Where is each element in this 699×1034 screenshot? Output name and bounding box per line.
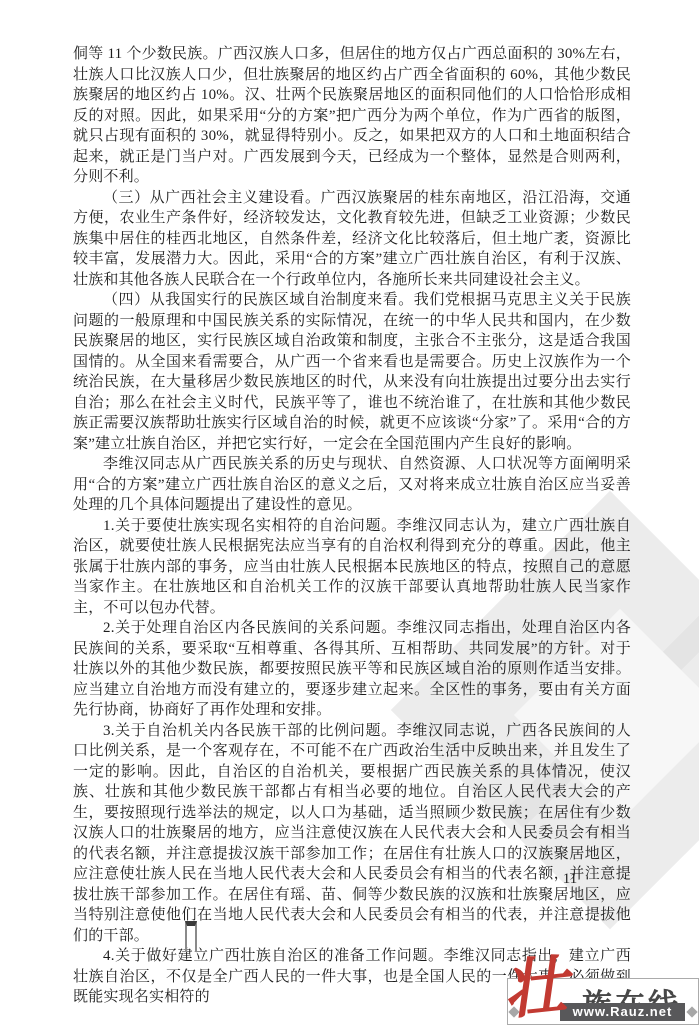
paragraph-item-3: 3.关于自治机关内各民族干部的比例问题。李维汉同志说，广西各民族间的人口比例关系… [73, 721, 631, 947]
diamond-icon [686, 1006, 697, 1017]
scan-artifact-mark [185, 921, 197, 952]
page-number: 11 [540, 871, 600, 888]
body-text: 侗等 11 个少数民族。广西汉族人口多，但居住的地方仅占广西总面积的 30%左右… [73, 44, 631, 1008]
paragraph-item-2: 2.关于处理自治区内各民族间的关系问题。李维汉同志指出，处理自治区内各民族间的关… [73, 618, 631, 721]
zhuang-character-calligraphy: 壮 [500, 954, 570, 1024]
paragraph-item-1: 1.关于要使壮族实现名实相符的自治问题。李维汉同志认为，建立广西壮族自治区，就要… [73, 516, 631, 619]
document-page: 侗等 11 个少数民族。广西汉族人口多，但居住的地方仅占广西总面积的 30%左右… [0, 0, 699, 1034]
paragraph-point-three: （三）从广西社会主义建设看。广西汉族聚居的桂东南地区，沿江沿海，交通方便，农业生… [73, 188, 631, 291]
paragraph-liweihan-summary: 李维汉同志从广西民族关系的历史与现状、自然资源、人口状况等方面阐明采用“合的方案… [73, 454, 631, 516]
paragraph-continuation: 侗等 11 个少数民族。广西汉族人口多，但居住的地方仅占广西总面积的 30%左右… [73, 44, 631, 188]
logo-url-bar: www.Rauz.net [560, 1003, 685, 1021]
paragraph-point-four: （四）从我国实行的民族区域自治制度来看。我们党根据马克思主义关于民族问题的一般原… [73, 290, 631, 454]
